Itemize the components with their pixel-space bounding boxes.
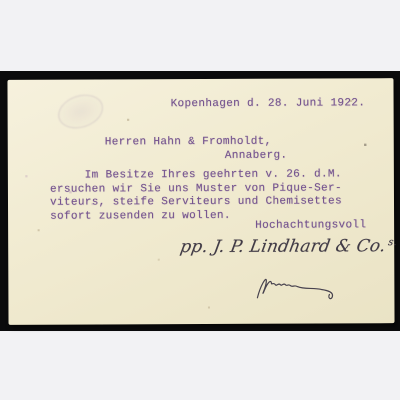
stamp-text: pp. J. P. Lindhard & Co.: [178, 236, 387, 257]
paper-specks: [7, 80, 8, 81]
date-line: Kopenhagen d. 28. Juni 1922.: [171, 97, 366, 110]
black-mat: Kopenhagen d. 28. Juni 1922. Herren Hahn…: [0, 71, 400, 331]
body-line: viteurs, steife Serviteurs und Chemisett…: [50, 196, 342, 211]
company-signature-stamp: pp. J. P. Lindhard & Co.s.: [178, 236, 398, 257]
postcard: Kopenhagen d. 28. Juni 1922. Herren Hahn…: [7, 78, 394, 325]
recipient-name: Herren Hahn & Fromholdt,: [105, 136, 272, 149]
letter-body: Im Besitze Ihres geehrten v. 26. d.M. er…: [50, 168, 342, 224]
body-line: Im Besitze Ihres geehrten v. 26. d.M.: [50, 168, 342, 183]
embossed-mark: [54, 89, 108, 134]
recipient-city: Annaberg.: [225, 150, 288, 162]
handwritten-signature: [250, 272, 354, 306]
stamp-flourish: s.: [387, 237, 398, 248]
closing-line: Hochachtungsvoll: [255, 219, 366, 231]
photo-background: Kopenhagen d. 28. Juni 1922. Herren Hahn…: [0, 0, 400, 400]
